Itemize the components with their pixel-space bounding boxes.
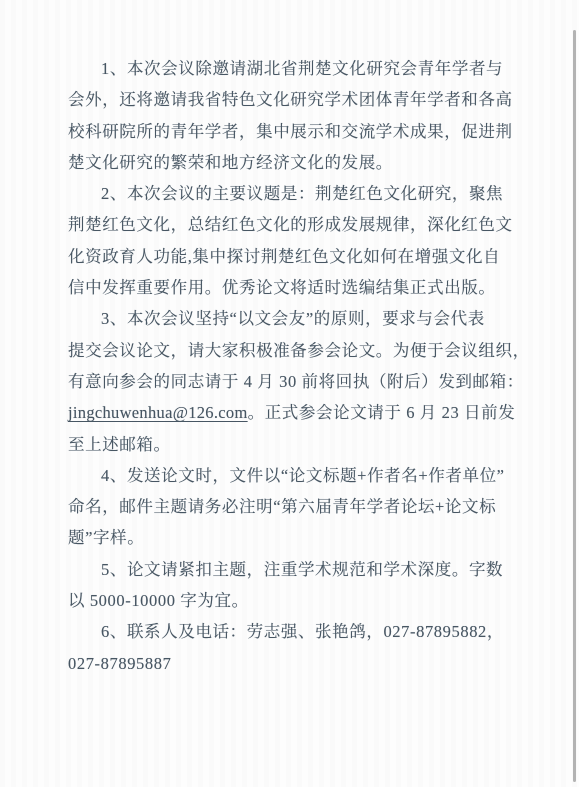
text-line: 至上述邮箱。 — [68, 429, 522, 460]
text-line: 027-87895887 — [68, 648, 522, 679]
text-line: 4、发送论文时，文件以“论文标题+作者名+作者单位” — [68, 460, 522, 491]
document-text: 1、本次会议除邀请湖北省荆楚文化研究会青年学者与 会外，还将邀请我省特色文化研究… — [68, 53, 522, 679]
text-line: 荆楚红色文化，总结红色文化的形成发展规律，深化红色文 — [68, 209, 522, 240]
text-line: 信中发挥重要作用。优秀论文将适时选编结集正式出版。 — [68, 272, 522, 303]
text-after-email: 。正式参会论文请于 6 月 23 日前发 — [248, 403, 516, 422]
email-address: jingchuwenhua@126.com — [68, 403, 248, 422]
text-line: 1、本次会议除邀请湖北省荆楚文化研究会青年学者与 — [68, 53, 522, 84]
scanned-document-page: 1、本次会议除邀请湖北省荆楚文化研究会青年学者与 会外，还将邀请我省特色文化研究… — [0, 0, 579, 787]
text-line: 楚文化研究的繁荣和地方经济文化的发展。 — [68, 147, 522, 178]
text-line: 会外，还将邀请我省特色文化研究学术团体青年学者和各高 — [68, 84, 522, 115]
text-line: 命名，邮件主题请务必注明“第六届青年学者论坛+论文标 — [68, 491, 522, 522]
text-line: 3、本次会议坚持“以文会友”的原则，要求与会代表 — [68, 303, 522, 334]
text-line: 提交会议论文，请大家积极准备参会论文。为便于会议组织， — [68, 335, 522, 366]
text-line: 6、联系人及电话：劳志强、张艳鸽，027-87895882， — [68, 616, 522, 647]
text-line: jingchuwenhua@126.com。正式参会论文请于 6 月 23 日前… — [68, 397, 522, 428]
text-line: 题”字样。 — [68, 522, 522, 553]
text-line: 化资政育人功能,集中探讨荆楚红色文化如何在增强文化自 — [68, 241, 522, 272]
text-line: 有意向参会的同志请于 4 月 30 前将回执（附后）发到邮箱： — [68, 366, 522, 397]
text-line: 以 5000-10000 字为宜。 — [68, 585, 522, 616]
scan-edge-artifact — [573, 30, 576, 782]
text-line: 2、本次会议的主要议题是：荆楚红色文化研究，聚焦 — [68, 178, 522, 209]
text-line: 校科研院所的青年学者，集中展示和交流学术成果，促进荆 — [68, 116, 522, 147]
text-line: 5、论文请紧扣主题，注重学术规范和学术深度。字数 — [68, 554, 522, 585]
